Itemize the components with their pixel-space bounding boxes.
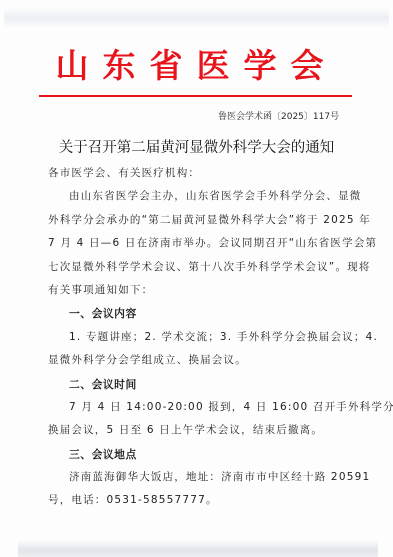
section-line: 显微外科学分会学组成立、换届会议。: [48, 349, 348, 372]
section-heading-time: 二、会议时间: [48, 373, 348, 396]
intro-line: 有关事项通知如下：: [48, 279, 348, 302]
intro-line: 七次显微外科学学术会议、第十八次手外科学学术会议”。现将: [48, 256, 348, 279]
document-body: 各市医学会、有关医疗机构： 由山东省医学会主办，山东省医学会手外科学分会、显微 …: [48, 162, 348, 513]
salutation: 各市医学会、有关医疗机构：: [48, 162, 348, 185]
scan-bleed-bottom: [18, 540, 378, 557]
letterhead-organization: 山东省医学会: [40, 44, 353, 88]
intro-line: 外科学分会承办的“第二届黄河显微外科学大会”将于 2025 年: [48, 209, 348, 232]
document-number: 鲁医会学术函〔2025〕117号: [218, 109, 339, 122]
document-page: 山东省医学会 鲁医会学术函〔2025〕117号 关于召开第二届黄河显微外科学大会…: [0, 0, 393, 557]
scan-bleed-top: [4, 8, 389, 28]
intro-line: 7 月 4 日—6 日在济南市举办。会议同期召开“山东省医学会第: [48, 232, 348, 255]
section-heading-content: 一、会议内容: [48, 302, 348, 325]
intro-line: 由山东省医学会主办，山东省医学会手外科学分会、显微: [48, 185, 348, 208]
section-line: 济南蓝海御华大饭店，地址：济南市市中区经十路 20591: [48, 466, 348, 489]
section-line: 1. 专题讲座；2. 学术交流；3. 手外科学分会换届会议；4.: [48, 326, 348, 349]
document-title: 关于召开第二届黄河显微外科学大会的通知: [0, 136, 393, 157]
section-heading-venue: 三、会议地点: [48, 443, 348, 466]
letterhead-red-rule: [39, 95, 352, 97]
section-line: 号，电话：0531-58557777。: [48, 489, 348, 512]
section-line: 换届会议，5 日至 6 日上午学术会议，结束后撤离。: [48, 419, 348, 442]
section-line: 7 月 4 日 14:00-20:00 报到，4 日 16:00 召开手外科学分…: [48, 396, 348, 419]
